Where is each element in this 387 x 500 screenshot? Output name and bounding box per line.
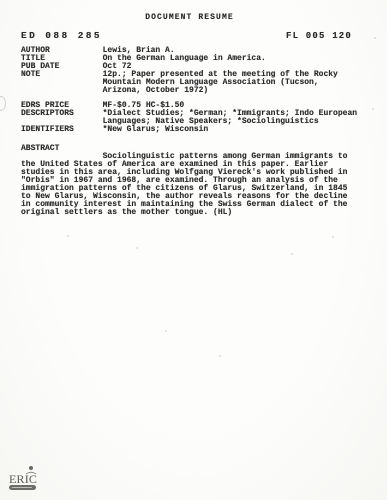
field-row-title: TITLE On the German Language in America. — [21, 55, 359, 63]
field-label: IDENTIFIERS — [21, 126, 103, 134]
field-value: 12p.; Paper presented at the meeting of … — [103, 71, 360, 95]
scan-speck — [291, 253, 293, 255]
abstract-heading: ABSTRACT — [21, 145, 59, 153]
ed-accession-number: ED 088 285 — [21, 31, 102, 41]
field-label: DESCRIPTORS — [21, 110, 103, 118]
field-value: On the German Language in America. — [103, 55, 360, 63]
index-fields: EDRS PRICE MF-$0.75 HC-$1.50 DESCRIPTORS… — [21, 102, 359, 134]
scan-speck — [219, 355, 221, 357]
field-label: NOTE — [21, 71, 103, 79]
eric-logo: ERIC — [9, 470, 43, 496]
field-value: *New Glarus; Wisconsin — [103, 126, 360, 134]
scan-speck — [165, 330, 167, 332]
eric-logo-banner — [9, 485, 36, 490]
scan-speck — [374, 37, 376, 39]
field-row-identifiers: IDENTIFIERS *New Glarus; Wisconsin — [21, 126, 359, 134]
eric-child-figure-icon — [25, 465, 37, 475]
scan-speck — [372, 108, 374, 110]
scan-speck — [332, 236, 334, 238]
catalog-fields: AUTHOR Lewis, Brian A. TITLE On the Germ… — [21, 47, 359, 95]
field-value: *Dialect Studies; *German; *Immigrants; … — [103, 110, 360, 126]
clearinghouse-number: FL 005 120 — [286, 32, 352, 41]
scan-edge-artifact — [0, 96, 6, 111]
scan-speck — [136, 247, 138, 249]
scan-speck — [67, 235, 69, 237]
field-row-descriptors: DESCRIPTORS *Dialect Studies; *German; *… — [21, 110, 359, 126]
abstract-text: Sociolinguistic patterns among German im… — [21, 153, 357, 217]
field-row-note: NOTE 12p.; Paper presented at the meetin… — [21, 71, 359, 95]
scanned-document-page: DOCUMENT RESUME ED 088 285 FL 005 120 AU… — [0, 0, 387, 500]
document-resume-heading: DOCUMENT RESUME — [0, 14, 379, 22]
